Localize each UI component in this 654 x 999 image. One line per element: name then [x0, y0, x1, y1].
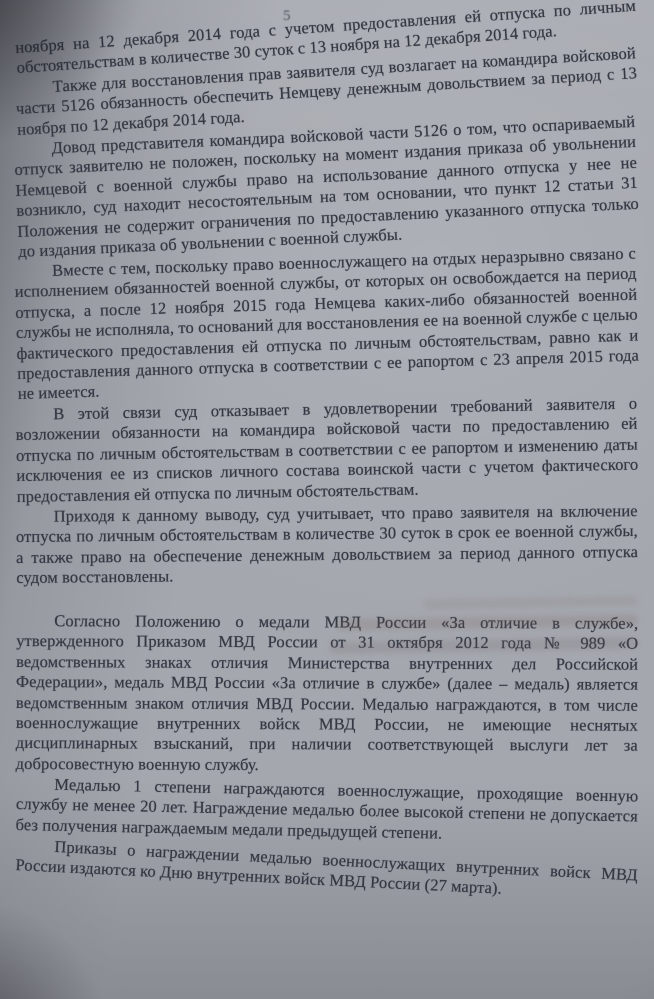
paragraph-court-conclusion: Приходя к данному выводу, суд учитывает,…: [16, 501, 639, 589]
document-body: ноября на 12 декабря 2014 года с учетом …: [16, 38, 638, 876]
paragraph-medal-orders: Приказы о награждении медалью военнослуж…: [15, 835, 638, 906]
paragraph-court-refusal: В этой связи суд отказывает в удовлетвор…: [15, 394, 639, 507]
paragraph-medal-first-degree: Медалью 1 степени награждаются военнослу…: [15, 774, 638, 848]
document-photo: 5 ноября на 12 декабря 2014 года с учето…: [0, 0, 654, 999]
paragraph-medal-regulation: Согласно Положению о медали МВД России «…: [16, 611, 639, 777]
paragraph-service-duties: Вместе с тем, поскольку право военнослуж…: [14, 244, 640, 405]
